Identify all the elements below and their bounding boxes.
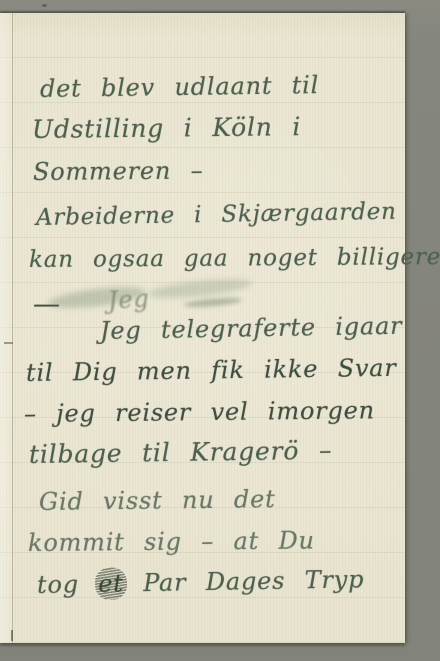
handwriting-line: – jeg reiser vel imorgen: [24, 398, 375, 426]
handwriting-line: kommit sig – at Du: [28, 528, 315, 555]
handwriting-word: Par Dages Tryp: [143, 565, 365, 597]
page-fold-edge: [0, 13, 13, 643]
handwriting-line: Arbeiderne i Skjærgaarden: [36, 201, 397, 230]
ink-smudge: [184, 296, 242, 308]
crease-mark: [4, 342, 13, 344]
handwriting-line: Sommeren –: [33, 159, 204, 184]
handwriting-line: til Dig men fik ikke Svar: [26, 356, 397, 385]
handwriting-line: tilbage til Kragerö –: [29, 438, 333, 467]
handwriting-line: tog et Par Dages Tryp: [37, 567, 365, 597]
handwriting-line: Gid visst nu det: [39, 487, 276, 514]
handwriting-line: det blev udlaant til: [40, 73, 319, 101]
handwriting-line: Udstilling i Köln i: [32, 114, 301, 142]
handwriting-line: Jeg telegraferte igaar: [100, 314, 403, 343]
edge-mark: [11, 630, 13, 641]
background-speck: [42, 4, 47, 7]
handwriting-word: tog: [37, 570, 79, 599]
scribbled-out-word: et: [98, 569, 124, 597]
handwriting-line: kan ogsaa gaa noget billigere: [29, 246, 440, 272]
letter-page: det blev udlaant til Udstilling i Köln i…: [0, 13, 405, 643]
photo-background: det blev udlaant til Udstilling i Köln i…: [0, 0, 440, 661]
